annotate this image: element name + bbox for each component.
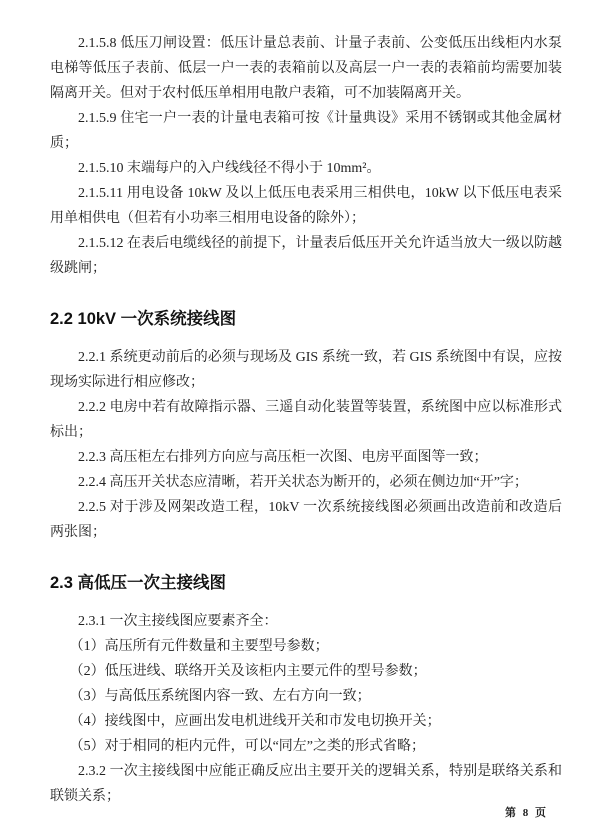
para-2-2-5: 2.2.5 对于涉及网架改造工程，10kV 一次系统接线图必须画出改造前和改造后… — [50, 495, 562, 545]
page-number-footer: 第 8 页 — [505, 801, 548, 826]
list-item-5: （5）对于相同的柜内元件，可以“同左”之类的形式省略； — [50, 734, 562, 759]
para-2-3-2: 2.3.2 一次主接线图中应能正确反应出主要开关的逻辑关系，特别是联络关系和联锁… — [50, 759, 562, 809]
para-2-1-5-10: 2.1.5.10 末端每户的入户线线径不得小于 10mm²。 — [50, 156, 562, 181]
para-2-2-1: 2.2.1 系统更动前后的必须与现场及 GIS 系统一致，若 GIS 系统图中有… — [50, 345, 562, 395]
list-item-3: （3）与高低压系统图内容一致、左右方向一致； — [50, 684, 562, 709]
para-2-1-5-8: 2.1.5.8 低压刀闸设置：低压计量总表前、计量子表前、公变低压出线柜内水泵电… — [50, 31, 562, 106]
section-heading-2-2: 2.2 10kV 一次系统接线图 — [50, 308, 562, 330]
para-2-2-3: 2.2.3 高压柜左右排列方向应与高压柜一次图、电房平面图等一致； — [50, 445, 562, 470]
para-2-1-5-9: 2.1.5.9 住宅一户一表的计量电表箱可按《计量典设》采用不锈钢或其他金属材质… — [50, 106, 562, 156]
para-2-1-5-11: 2.1.5.11 用电设备 10kW 及以上低压电表采用三相供电，10kW 以下… — [50, 181, 562, 231]
list-item-2: （2）低压进线、联络开关及该柜内主要元件的型号参数； — [50, 659, 562, 684]
para-2-2-4: 2.2.4 高压开关状态应清晰，若开关状态为断开的，必须在侧边加“开”字； — [50, 470, 562, 495]
list-item-4: （4）接线图中，应画出发电机进线开关和市发电切换开关； — [50, 709, 562, 734]
document-page: 2.1.5.8 低压刀闸设置：低压计量总表前、计量子表前、公变低压出线柜内水泵电… — [0, 0, 610, 832]
list-item-1: （1）高压所有元件数量和主要型号参数； — [50, 634, 562, 659]
section-heading-2-3: 2.3 高低压一次主接线图 — [50, 572, 562, 594]
para-2-1-5-12: 2.1.5.12 在表后电缆线径的前提下，计量表后低压开关允许适当放大一级以防越… — [50, 231, 562, 281]
para-2-2-2: 2.2.2 电房中若有故障指示器、三遥自动化装置等装置，系统图中应以标准形式标出… — [50, 395, 562, 445]
para-2-3-1: 2.3.1 一次主接线图应要素齐全： — [50, 609, 562, 634]
